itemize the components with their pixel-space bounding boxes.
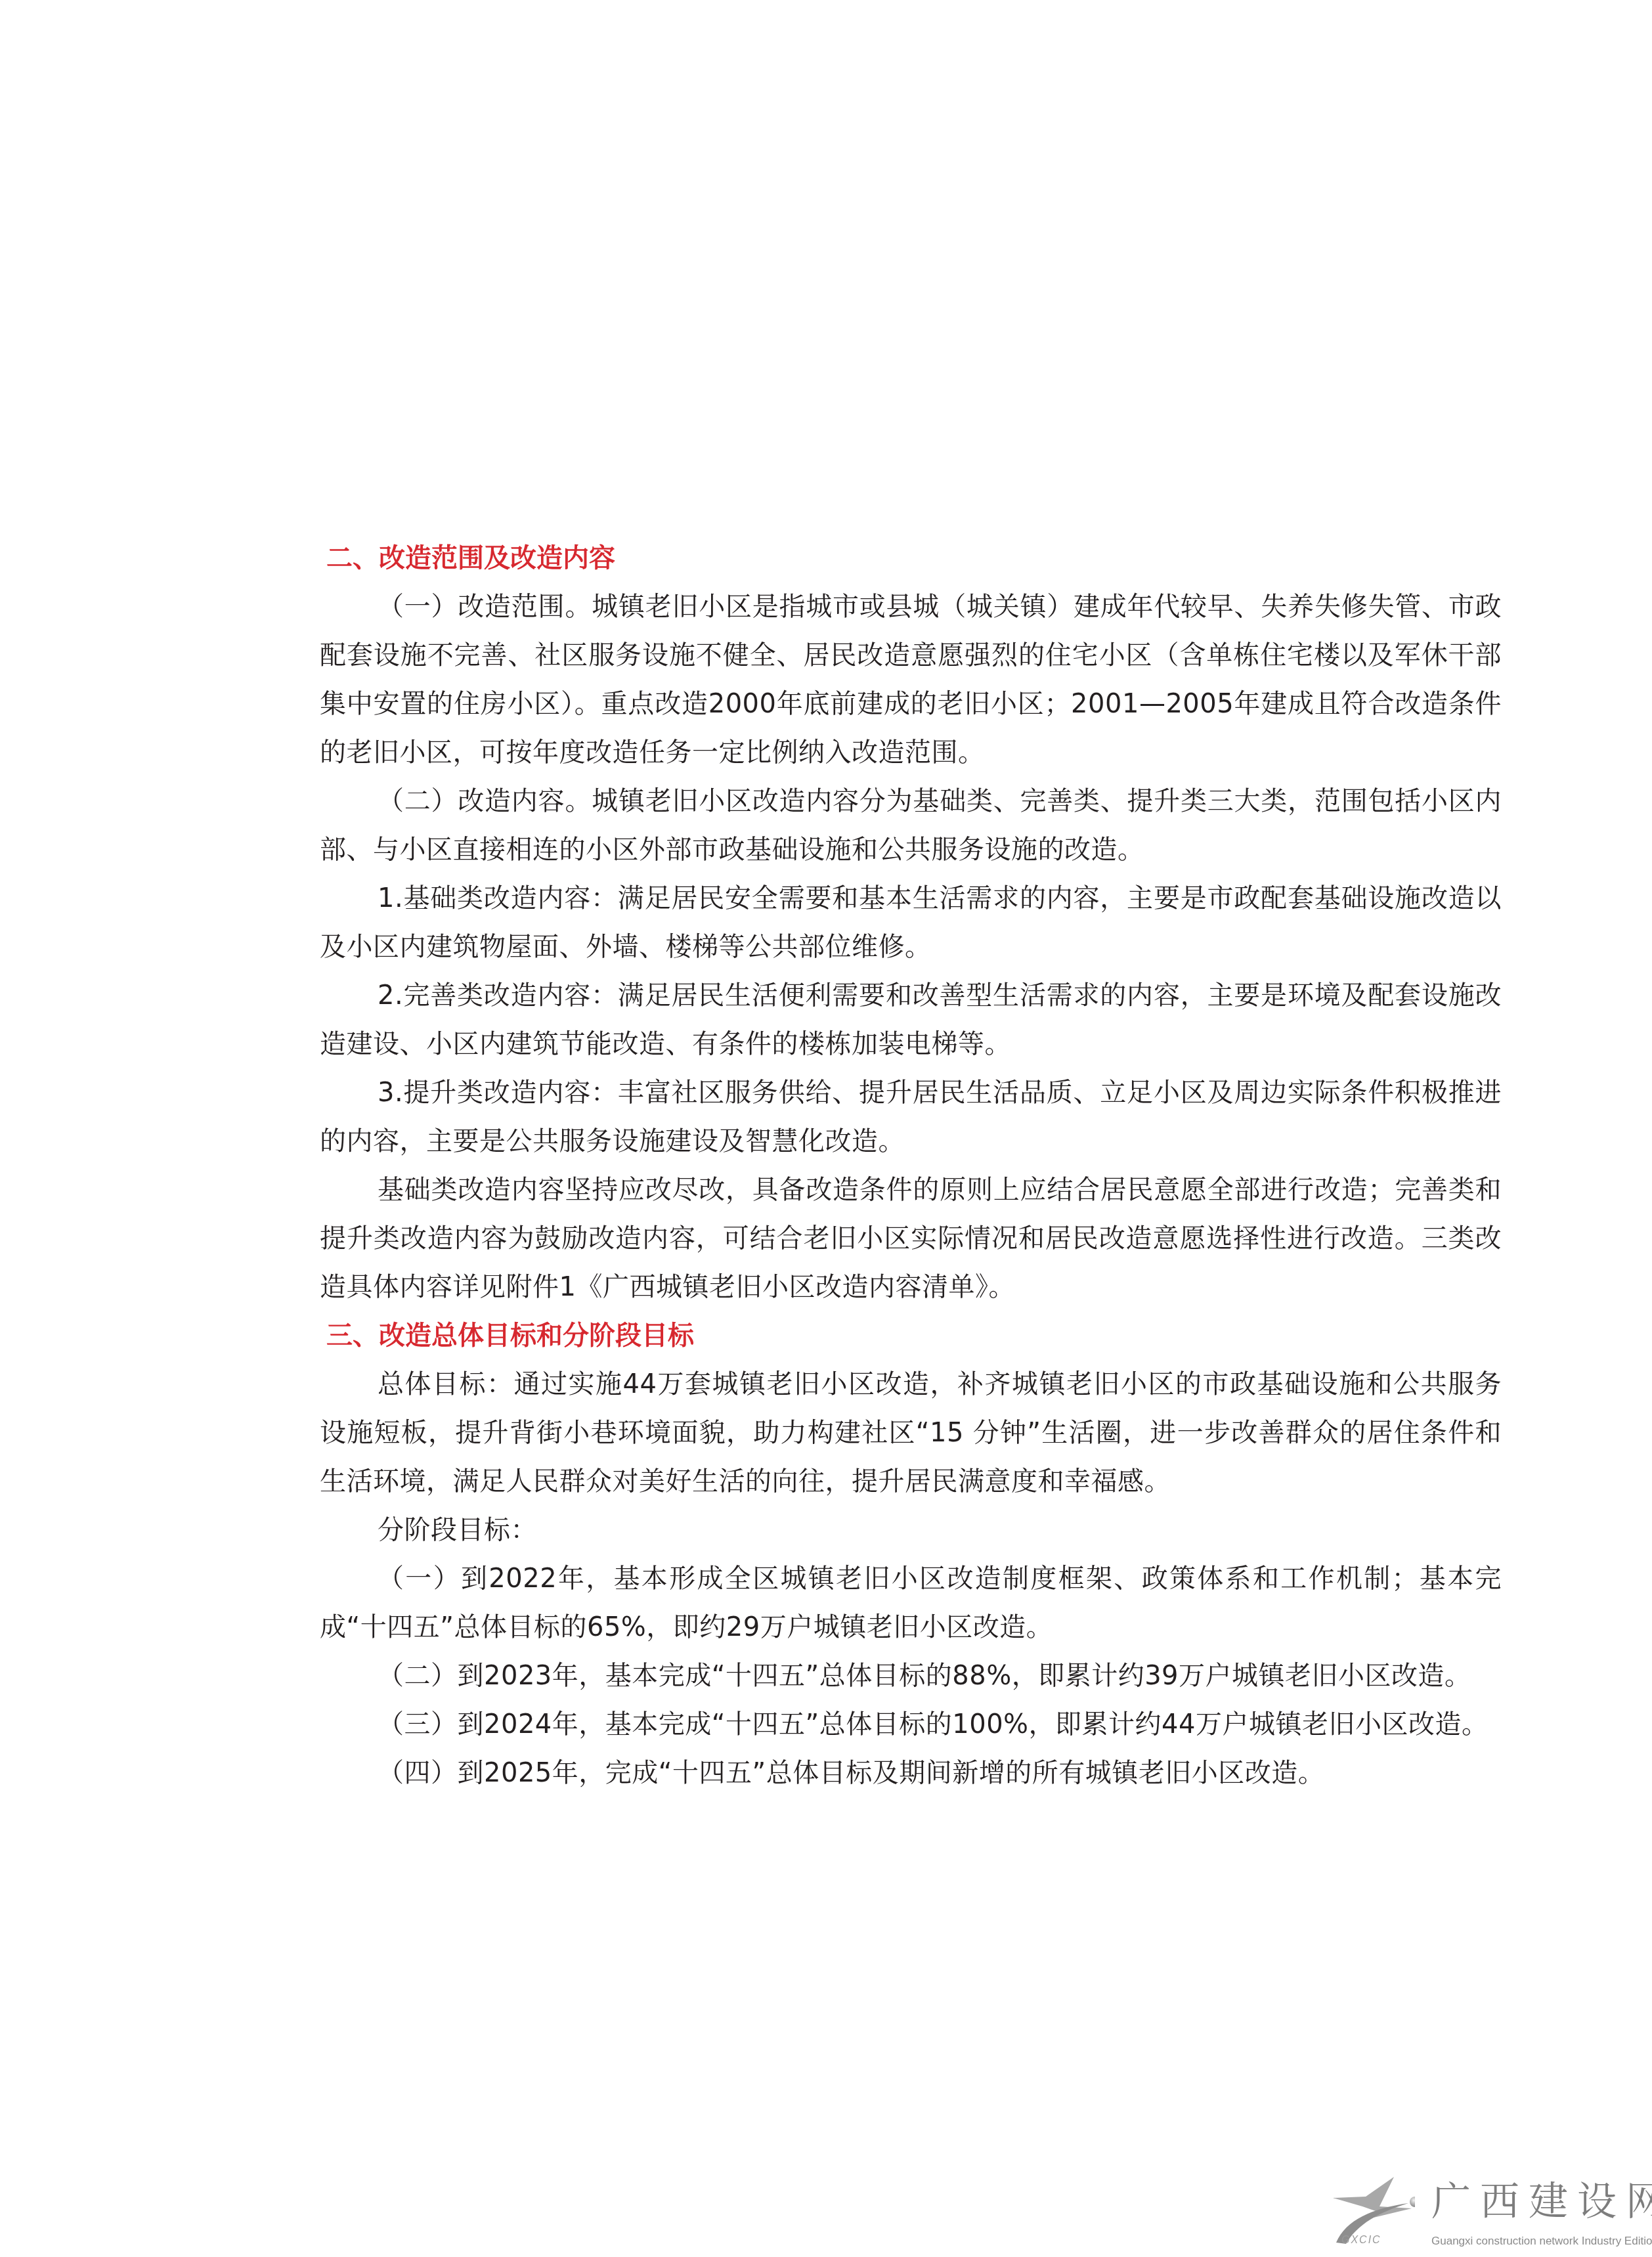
paragraph-improve-type: 2.完善类改造内容：满足居民生活便利需要和改善型生活需求的内容，主要是环境及配套… [320,971,1502,1068]
paragraph-goal-2025: （四）到2025年，完成“十四五”总体目标及期间新增的所有城镇老旧小区改造。 [320,1749,1502,1797]
paragraph-goal-2023: （二）到2023年，基本完成“十四五”总体目标的88%，即累计约39万户城镇老旧… [320,1652,1502,1700]
section-heading-goals: 三、改造总体目标和分阶段目标 [320,1311,1502,1360]
paragraph-overall-goal: 总体目标：通过实施44万套城镇老旧小区改造，补齐城镇老旧小区的市政基础设施和公共… [320,1360,1502,1506]
paragraph-scope: （一）改造范围。城镇老旧小区是指城市或县城（城关镇）建成年代较早、失养失修失管、… [320,582,1502,777]
paragraph-principle: 基础类改造内容坚持应改尽改，具备改造条件的原则上应结合居民意愿全部进行改造；完善… [320,1166,1502,1311]
paragraph-phase-goals-label: 分阶段目标： [320,1506,1502,1554]
watermark-name-en: Guangxi construction network Industry Ed… [1431,2235,1652,2248]
paragraph-goal-2022: （一）到2022年，基本形成全区城镇老旧小区改造制度框架、政策体系和工作机制；基… [320,1554,1502,1652]
paragraph-content: （二）改造内容。城镇老旧小区改造内容分为基础类、完善类、提升类三大类，范围包括小… [320,777,1502,874]
watermark-abbr: GXCIC [1341,2235,1381,2246]
paragraph-basic-type: 1.基础类改造内容：满足居民安全需要和基本生活需求的内容，主要是市政配套基础设施… [320,874,1502,971]
watermark-name-cn: 广西建设网 [1431,2182,1652,2222]
paragraph-goal-2024: （三）到2024年，基本完成“十四五”总体目标的100%，即累计约44万户城镇老… [320,1700,1502,1749]
paragraph-upgrade-type: 3.提升类改造内容：丰富社区服务供给、提升居民生活品质、立足小区及周边实际条件积… [320,1068,1502,1166]
watermark-logo: GXCIC 广西建设网 Guangxi construction network… [1316,2170,1645,2252]
section-heading-scope: 二、改造范围及改造内容 [320,534,1502,582]
document-body: 二、改造范围及改造内容 （一）改造范围。城镇老旧小区是指城市或县城（城关镇）建成… [320,534,1502,1797]
